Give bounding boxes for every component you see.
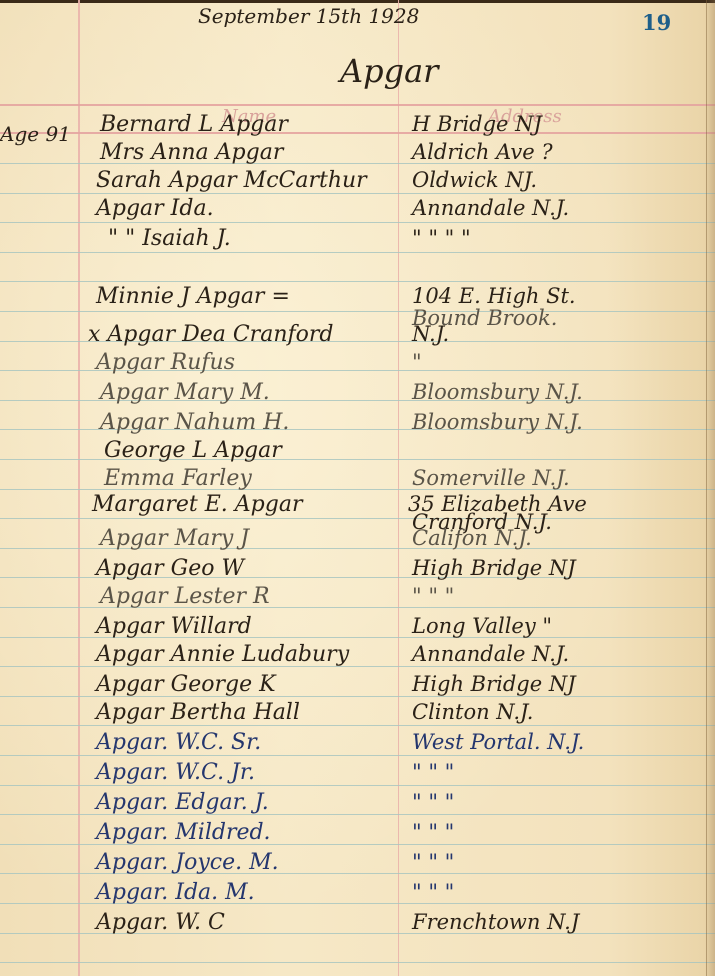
entry-address: Aldrich Ave ? xyxy=(412,140,553,164)
entry-name: Emma Farley xyxy=(104,466,252,491)
entry-address: Annandale N.J. xyxy=(412,196,569,220)
page-number: 19 xyxy=(642,10,671,35)
entry-address: " " " xyxy=(412,880,454,904)
entry-name: Bernard L Apgar xyxy=(100,112,288,137)
ruled-line xyxy=(0,222,715,223)
entry-name: Apgar. Joyce. M. xyxy=(96,850,279,875)
entry-address: Long Valley " xyxy=(412,614,552,638)
entry-address: West Portal. N.J. xyxy=(412,730,584,754)
entry-address: " " " xyxy=(412,584,454,608)
entry-name: Apgar Mary M. xyxy=(100,380,270,405)
entry-name: Apgar. W. C xyxy=(96,910,225,935)
entry-address: Bloomsbury N.J. xyxy=(412,410,583,434)
entry-name: Apgar Mary J xyxy=(100,526,249,551)
entry-address: Clinton N.J. xyxy=(412,700,533,724)
surname-heading: Apgar xyxy=(340,52,438,90)
entry-address: Bloomsbury N.J. xyxy=(412,380,583,404)
ruled-line xyxy=(0,311,715,312)
ledger-page: September 15th 1928 19 Apgar Name Addres… xyxy=(0,0,715,976)
entry-name: Apgar George K xyxy=(96,672,276,697)
ruled-line xyxy=(0,755,715,756)
entry-address: High Bridge NJ xyxy=(412,672,576,696)
entry-name: Apgar Bertha Hall xyxy=(96,700,300,725)
ruled-line xyxy=(0,252,715,253)
entry-name: Apgar Geo W xyxy=(96,556,244,581)
entry-address: Somerville N.J. xyxy=(412,466,570,490)
entry-name: Apgar. W.C. Sr. xyxy=(96,730,261,755)
entry-name: Apgar. Mildred. xyxy=(96,820,271,845)
entry-name: Apgar Willard xyxy=(96,614,252,639)
entry-address: " xyxy=(412,350,422,374)
entry-address: Frenchtown N.J xyxy=(412,910,579,934)
ruled-line xyxy=(0,518,715,519)
entry-name: Apgar. Edgar. J. xyxy=(96,790,269,815)
ruled-line xyxy=(0,725,715,726)
entry-name: Apgar Lester R xyxy=(100,584,270,609)
entry-address: High Bridge NJ xyxy=(412,556,576,580)
entry-name: Apgar Annie Ludabury xyxy=(96,642,349,667)
entry-address: " " " xyxy=(412,790,454,814)
entry-date: September 15th 1928 xyxy=(198,4,419,28)
entry-name: Apgar. W.C. Jr. xyxy=(96,760,255,785)
entry-address: " " " xyxy=(412,850,454,874)
entry-name: George L Apgar xyxy=(104,438,282,463)
entry-name: Minnie J Apgar = xyxy=(96,284,290,309)
entry-address: " " " xyxy=(412,820,454,844)
left-margin-line xyxy=(78,0,80,976)
entry-name: Apgar Nahum H. xyxy=(100,410,289,435)
column-divider-line xyxy=(398,0,399,976)
entry-name: Sarah Apgar McCarthur xyxy=(96,168,367,193)
entry-address: " " " " xyxy=(412,226,471,250)
entry-name: Apgar Rufus xyxy=(96,350,235,375)
ruled-line xyxy=(0,281,715,282)
entry-address: Annandale N.J. xyxy=(412,642,569,666)
ruled-line xyxy=(0,962,715,963)
entry-name: x Apgar Dea Cranford xyxy=(88,322,333,347)
entry-address: H Bridge NJ xyxy=(412,112,542,136)
entry-address: Califon N.J. xyxy=(412,526,532,550)
entry-name: " " Isaiah J. xyxy=(108,226,231,251)
ruled-line xyxy=(0,785,715,786)
entry-name: Apgar Ida. xyxy=(96,196,214,221)
page-top-edge xyxy=(0,0,715,3)
ruled-line xyxy=(0,193,715,194)
entry-name: Margaret E. Apgar xyxy=(92,492,302,517)
entry-address: " " " xyxy=(412,760,454,784)
entry-address: N.J. xyxy=(412,322,449,346)
entry-address: 104 E. High St. xyxy=(412,284,576,308)
header-rule-top xyxy=(0,104,715,106)
margin-note: Age 91 xyxy=(0,122,71,146)
entry-name: Mrs Anna Apgar xyxy=(100,140,283,165)
entry-name: Apgar. Ida. M. xyxy=(96,880,255,905)
entry-address: Oldwick NJ. xyxy=(412,168,537,192)
page-edge-line xyxy=(706,0,707,976)
